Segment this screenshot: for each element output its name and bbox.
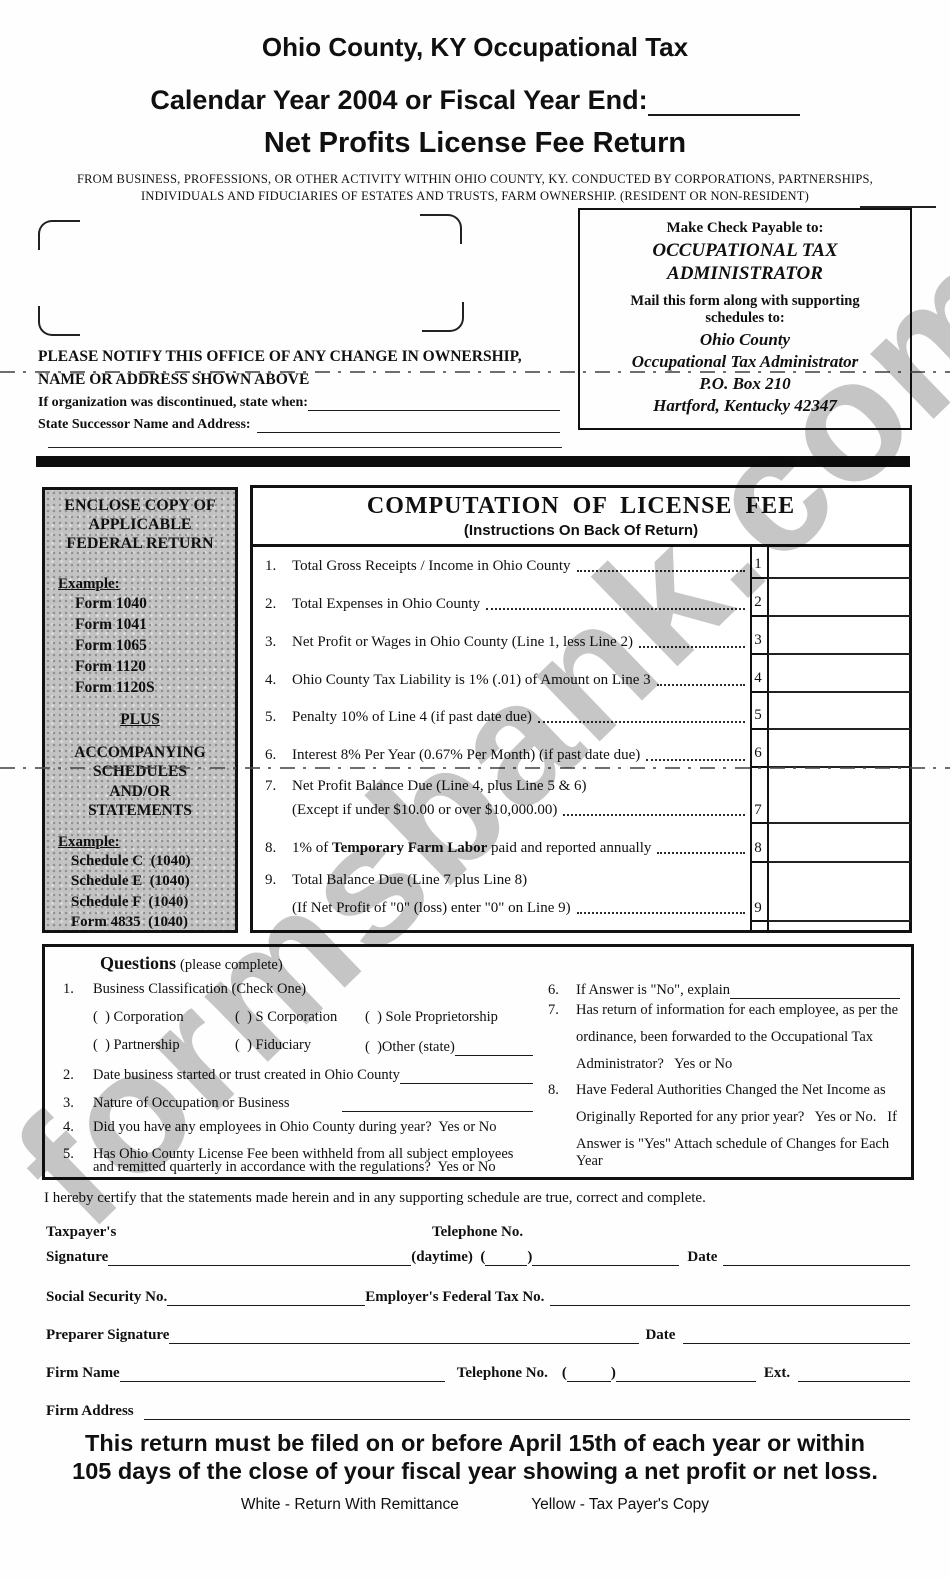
successor-blank-line2 — [48, 447, 562, 448]
question-8-line3: Answer is "Yes" Attach schedule of Chang… — [576, 1136, 911, 1170]
question-1-no: 1. — [63, 981, 93, 998]
checkbox-partnership: ( ) — [93, 1037, 110, 1053]
payee-name-line1: OCCUPATIONAL TAX — [580, 239, 910, 262]
enclose-schedule-item: Schedule E (1040) — [71, 871, 235, 892]
comp-row-6-leader — [646, 759, 745, 761]
question-2-no: 2. — [63, 1067, 93, 1084]
comp-row-1-number: 1 — [750, 556, 766, 573]
option-sole-proprietorship: Sole Proprietorship — [386, 1009, 498, 1025]
question-5-line2: and remitted quarterly in accordance wit… — [93, 1159, 533, 1176]
comp-row-2-desc: 2. Total Expenses in Ohio County — [265, 596, 747, 613]
payable-label: Make Check Payable to: — [580, 220, 910, 237]
firm-address-label: Firm Address — [46, 1403, 134, 1420]
comp-row-7-number: 7 — [750, 802, 766, 819]
comp-row-4-text: Ohio County Tax Liability is 1% (.01) of… — [292, 672, 651, 689]
question-6-text: If Answer is "No", explain — [576, 982, 730, 999]
firm-phone-close-paren: ) — [611, 1365, 616, 1382]
question-8-line2: Originally Reported for any prior year? … — [576, 1109, 897, 1126]
question-7-text1: Has return of information for each emplo… — [576, 1002, 898, 1019]
question-1-options-row2: ( ) Partnership — [93, 1037, 180, 1054]
notify-line2: NAME OR ADDRESS SHOWN ABOVE — [38, 371, 309, 389]
enclose-accompanying-line2: SCHEDULES — [45, 762, 235, 782]
question-1-text: Business Classification (Check One) — [93, 981, 306, 998]
comp-row-2-amount-line — [768, 615, 911, 617]
comp-row-3-no: 3. — [265, 634, 292, 651]
question-1-options-row1c: ( ) Sole Proprietorship — [365, 1009, 498, 1026]
question-1-options-row2c: ( ) Other (state) — [365, 1032, 533, 1056]
comp-row-4-desc: 4. Ohio County Tax Liability is 1% (.01)… — [265, 672, 747, 689]
comp-row-9-leader — [577, 912, 745, 914]
date-label: Date — [687, 1249, 717, 1266]
signature-label: Signature — [46, 1249, 108, 1266]
enclose-example1-label: Example: — [58, 576, 235, 593]
enclose-form-item: Form 1120S — [75, 677, 235, 698]
enclose-form-item: Form 1065 — [75, 635, 235, 656]
comp-row-6-desc: 6. Interest 8% Per Year (0.67% Per Month… — [265, 747, 747, 764]
comp-row-9-desc-line2: (If Net Profit of "0" (loss) enter "0" o… — [265, 900, 747, 917]
comp-row-9-no: 9. — [265, 872, 292, 889]
signature-row: Signature (daytime) ( ) Date — [46, 1244, 910, 1266]
question-7-line3: Administrator? Yes or No — [576, 1056, 732, 1073]
telephone-label: Telephone No. — [432, 1224, 523, 1241]
comp-row-5-no: 5. — [265, 709, 292, 726]
comp-row-8-text-post: paid and reported annually — [487, 840, 651, 857]
enclose-accompanying-line1: ACCOMPANYING — [45, 743, 235, 763]
checkbox-sole-proprietorship: ( ) — [365, 1009, 382, 1025]
federal-tax-label: Employer's Federal Tax No. — [365, 1289, 544, 1306]
discontinued-label: If organization was discontinued, state … — [38, 395, 308, 411]
comp-row-3-desc: 3. Net Profit or Wages in Ohio County (L… — [265, 634, 747, 651]
enclose-plus-label: PLUS — [45, 710, 235, 730]
area-code-blank — [485, 1265, 527, 1266]
computation-table: COMPUTATION OF LICENSE FEE (Instructions… — [250, 485, 912, 933]
mail-address-line2: Occupational Tax Administrator — [580, 351, 910, 373]
comp-row-2-text: Total Expenses in Ohio County — [292, 596, 480, 613]
question-6: 6. If Answer is "No", explain — [548, 975, 900, 999]
preparer-blank — [169, 1343, 639, 1344]
comp-row-5-desc: 5. Penalty 10% of Line 4 (if past date d… — [265, 709, 747, 726]
payee-name-line2: ADMINISTRATOR — [580, 262, 910, 285]
comp-row-5-leader — [538, 721, 745, 723]
questions-box: Questions (please complete) 1. Business … — [42, 944, 914, 1180]
discontinued-row: If organization was discontinued, state … — [38, 390, 560, 411]
copy-white-label: White - Return With Remittance — [241, 1496, 459, 1513]
comp-row-5-amount-line — [768, 728, 911, 730]
form-title-line3: Net Profits License Fee Return — [0, 127, 950, 160]
comp-row-9-number: 9 — [750, 900, 766, 917]
separator-bar — [36, 456, 910, 467]
ssn-label: Social Security No. — [46, 1289, 167, 1306]
form-title-line1: Ohio County, KY Occupational Tax — [0, 32, 950, 63]
option-corporation: Corporation — [114, 1009, 184, 1025]
taxpayer-label: Taxpayer's — [46, 1224, 116, 1241]
questions-title-row: Questions (please complete) — [100, 953, 283, 974]
scanned-tax-form-page: Ohio County, KY Occupational Tax Calenda… — [0, 0, 950, 1579]
daytime-close-paren: ) — [527, 1249, 532, 1266]
mail-address-line1: Ohio County — [580, 329, 910, 351]
federal-tax-blank — [550, 1305, 910, 1306]
question-4-text: Did you have any employees in Ohio Count… — [93, 1119, 497, 1136]
option-s-corporation: S Corporation — [256, 1009, 338, 1025]
ext-blank — [798, 1381, 910, 1382]
firm-address-row: Firm Address — [46, 1398, 910, 1420]
enclose-schedule-item: Schedule C (1040) — [71, 851, 235, 872]
option-partnership: Partnership — [114, 1037, 180, 1053]
mail-address-line3: P.O. Box 210 — [580, 373, 910, 395]
computation-subtitle: (Instructions On Back Of Return) — [253, 522, 909, 539]
comp-row-6-no: 6. — [265, 747, 292, 764]
question-1-options-row1: ( ) Corporation — [93, 1009, 184, 1026]
ext-label: Ext. — [764, 1365, 790, 1382]
preparer-label: Preparer Signature — [46, 1327, 169, 1344]
copy-yellow-label: Yellow - Tax Payer's Copy — [531, 1496, 709, 1513]
calendar-year-text: Calendar Year 2004 or Fiscal Year End: — [150, 85, 647, 115]
form-subtitle-line2: INDIVIDUALS AND FIDUCIARIES OF ESTATES A… — [0, 189, 950, 204]
enclose-example2-label: Example: — [58, 834, 235, 851]
enclose-form-item: Form 1041 — [75, 614, 235, 635]
enclose-header-line2: APPLICABLE — [45, 515, 235, 534]
enclose-box: ENCLOSE COPY OF APPLICABLE FEDERAL RETUR… — [42, 487, 238, 933]
comp-row-8-no: 8. — [265, 840, 292, 857]
comp-row-6-text: Interest 8% Per Year (0.67% Per Month) (… — [292, 747, 640, 764]
comp-row-4-number: 4 — [750, 670, 766, 687]
option-other-blank — [455, 1055, 533, 1056]
question-2-text: Date business started or trust created i… — [93, 1067, 400, 1084]
notify-line1: PLEASE NOTIFY THIS OFFICE OF ANY CHANGE … — [38, 348, 522, 366]
comp-row-8-number: 8 — [750, 840, 766, 857]
comp-row-9-text2: (If Net Profit of "0" (loss) enter "0" o… — [292, 900, 571, 917]
question-1: 1. Business Classification (Check One) — [63, 981, 533, 998]
checkbox-corporation: ( ) — [93, 1009, 110, 1025]
checkbox-other: ( ) — [365, 1039, 382, 1056]
firm-row: Firm Name Telephone No. ( ) Ext. — [46, 1360, 910, 1382]
address-window-bracket-tl — [38, 220, 80, 250]
firm-name-label: Firm Name — [46, 1365, 120, 1382]
ssn-blank — [167, 1305, 365, 1306]
tax-id-row: Social Security No. Employer's Federal T… — [46, 1284, 910, 1306]
mail-instruction-line1: Mail this form along with supporting — [580, 293, 910, 310]
comp-row-8-desc: 8. 1% of Temporary Farm Labor paid and r… — [265, 840, 747, 857]
footer-copies-line: White - Return With Remittance Yellow - … — [0, 1496, 950, 1514]
preparer-row: Preparer Signature Date — [46, 1322, 910, 1344]
enclose-form-item: Form 1120 — [75, 656, 235, 677]
firm-name-blank — [120, 1381, 445, 1382]
comp-row-1-amount-line — [768, 577, 911, 579]
checkbox-fiduciary: ( ) — [235, 1037, 252, 1053]
question-2-blank — [400, 1083, 533, 1084]
footer-notice-line2: 105 days of the close of your fiscal yea… — [0, 1458, 950, 1485]
comp-row-2-number: 2 — [750, 594, 766, 611]
payable-box: Make Check Payable to: OCCUPATIONAL TAX … — [578, 208, 912, 430]
comp-row-1-desc: 1. Total Gross Receipts / Income in Ohio… — [265, 558, 747, 575]
firm-address-blank — [144, 1419, 910, 1420]
question-4-no: 4. — [63, 1119, 93, 1136]
comp-row-8-text-bold: Temporary Farm Labor — [332, 840, 487, 857]
enclose-header-line1: ENCLOSE COPY OF — [45, 496, 235, 515]
question-8-no: 8. — [548, 1082, 576, 1099]
enclose-schedule-item: Schedule F (1040) — [71, 892, 235, 913]
date-blank — [723, 1265, 910, 1266]
comp-row-7-text1: Net Profit Balance Due (Line 4, plus Lin… — [292, 778, 587, 795]
daytime-label: (daytime) ( — [411, 1249, 485, 1266]
comp-row-8-text-pre: 1% of — [292, 840, 332, 857]
certification-statement: I hereby certify that the statements mad… — [44, 1190, 924, 1207]
comp-row-7-text2: (Except if under $10.00 or over $10,000.… — [292, 802, 557, 819]
question-6-blank — [730, 998, 900, 999]
successor-label: State Successor Name and Address: — [38, 417, 251, 433]
question-3-no: 3. — [63, 1095, 93, 1112]
address-window-bracket-bl — [38, 306, 80, 336]
comp-row-1-leader — [577, 570, 746, 572]
enclose-accompanying-line3: AND/OR — [45, 782, 235, 802]
comp-row-7-leader — [563, 814, 745, 816]
questions-title: Questions — [100, 953, 176, 973]
comp-row-9-text1: Total Balance Due (Line 7 plus Line 8) — [292, 872, 527, 889]
question-7-no: 7. — [548, 1002, 576, 1019]
successor-row: State Successor Name and Address: — [38, 412, 560, 433]
discontinued-blank — [308, 410, 560, 411]
question-1-options-row1b: ( ) S Corporation — [235, 1009, 337, 1026]
comp-row-4-no: 4. — [265, 672, 292, 689]
firm-area-code-blank — [567, 1381, 611, 1382]
preparer-date-label: Date — [645, 1327, 675, 1344]
comp-row-8-amount-line — [768, 861, 911, 863]
questions-subtitle: (please complete) — [180, 957, 283, 973]
question-5-no: 5. — [63, 1146, 93, 1163]
comp-row-9-desc-line1: 9. Total Balance Due (Line 7 plus Line 8… — [265, 872, 747, 889]
enclose-header-line3: FEDERAL RETURN — [45, 534, 235, 553]
comp-row-3-amount-line — [768, 653, 911, 655]
mail-instruction-line2: schedules to: — [580, 310, 910, 327]
question-6-no: 6. — [548, 982, 576, 999]
comp-row-4-leader — [657, 684, 745, 686]
fold-line-lower — [0, 767, 950, 769]
question-7-line2: ordinance, been forwarded to the Occupat… — [576, 1029, 873, 1046]
comp-row-1-text: Total Gross Receipts / Income in Ohio Co… — [292, 558, 571, 575]
preparer-date-blank — [683, 1343, 910, 1344]
comp-row-5-number: 5 — [750, 707, 766, 724]
comp-row-5-text: Penalty 10% of Line 4 (if past date due) — [292, 709, 532, 726]
footer-notice-line1: This return must be filed on or before A… — [0, 1430, 950, 1457]
question-4: 4. Did you have any employees in Ohio Co… — [63, 1119, 533, 1136]
comp-row-1-no: 1. — [265, 558, 292, 575]
comp-row-3-number: 3 — [750, 632, 766, 649]
comp-row-7-amount-line — [768, 822, 911, 824]
signature-blank — [108, 1265, 411, 1266]
comp-row-2-no: 2. — [265, 596, 292, 613]
option-fiduciary: Fiduciary — [256, 1037, 312, 1053]
question-2: 2. Date business started or trust create… — [63, 1060, 533, 1084]
firm-phone-blank — [616, 1381, 756, 1382]
firm-telephone-label: Telephone No. — [457, 1365, 548, 1382]
form-title-line2: Calendar Year 2004 or Fiscal Year End: — [0, 84, 950, 116]
checkbox-s-corporation: ( ) — [235, 1009, 252, 1025]
question-5-text2: and remitted quarterly in accordance wit… — [93, 1159, 496, 1176]
question-3: 3. Nature of Occupation or Business — [63, 1088, 533, 1112]
question-3-blank — [342, 1111, 533, 1112]
mail-address-line4: Hartford, Kentucky 42347 — [580, 395, 910, 417]
comp-row-9-amount-line — [768, 920, 911, 922]
successor-blank — [257, 432, 560, 433]
comp-row-3-leader — [639, 646, 745, 648]
question-3-text: Nature of Occupation or Business — [93, 1095, 290, 1112]
computation-header-rule — [253, 544, 909, 547]
comp-row-3-text: Net Profit or Wages in Ohio County (Line… — [292, 634, 633, 651]
form-subtitle-line1: FROM BUSINESS, PROFESSIONS, OR OTHER ACT… — [0, 172, 950, 187]
question-8-line1: 8. Have Federal Authorities Changed the … — [548, 1082, 900, 1099]
question-1-options-row2b: ( ) Fiduciary — [235, 1037, 311, 1054]
address-window-bracket-br — [422, 302, 464, 332]
fold-line-upper — [0, 371, 950, 373]
address-window-bracket-tr — [420, 214, 462, 244]
enclose-form-item: Form 1040 — [75, 593, 235, 614]
firm-phone-open-paren: ( — [562, 1365, 567, 1382]
comp-row-8-leader — [657, 852, 745, 854]
enclose-accompanying-line4: STATEMENTS — [45, 801, 235, 821]
phone-blank — [532, 1265, 679, 1266]
option-other: Other (state) — [382, 1039, 455, 1056]
computation-title: COMPUTATION OF LICENSE FEE — [253, 493, 909, 520]
fiscal-year-blank — [648, 84, 800, 116]
comp-row-6-number: 6 — [750, 745, 766, 762]
comp-row-7-desc-line2: (Except if under $10.00 or over $10,000.… — [265, 802, 747, 819]
comp-row-4-amount-line — [768, 691, 911, 693]
comp-row-2-leader — [486, 608, 745, 610]
question-7-line1: 7. Has return of information for each em… — [548, 1002, 900, 1019]
enclose-schedule-item: Form 4835 (1040) — [71, 912, 235, 933]
comp-row-7-no: 7. — [265, 778, 292, 795]
comp-row-7-desc-line1: 7. Net Profit Balance Due (Line 4, plus … — [265, 778, 747, 795]
number-column-right-line — [767, 544, 769, 930]
question-8-text1: Have Federal Authorities Changed the Net… — [576, 1082, 886, 1099]
